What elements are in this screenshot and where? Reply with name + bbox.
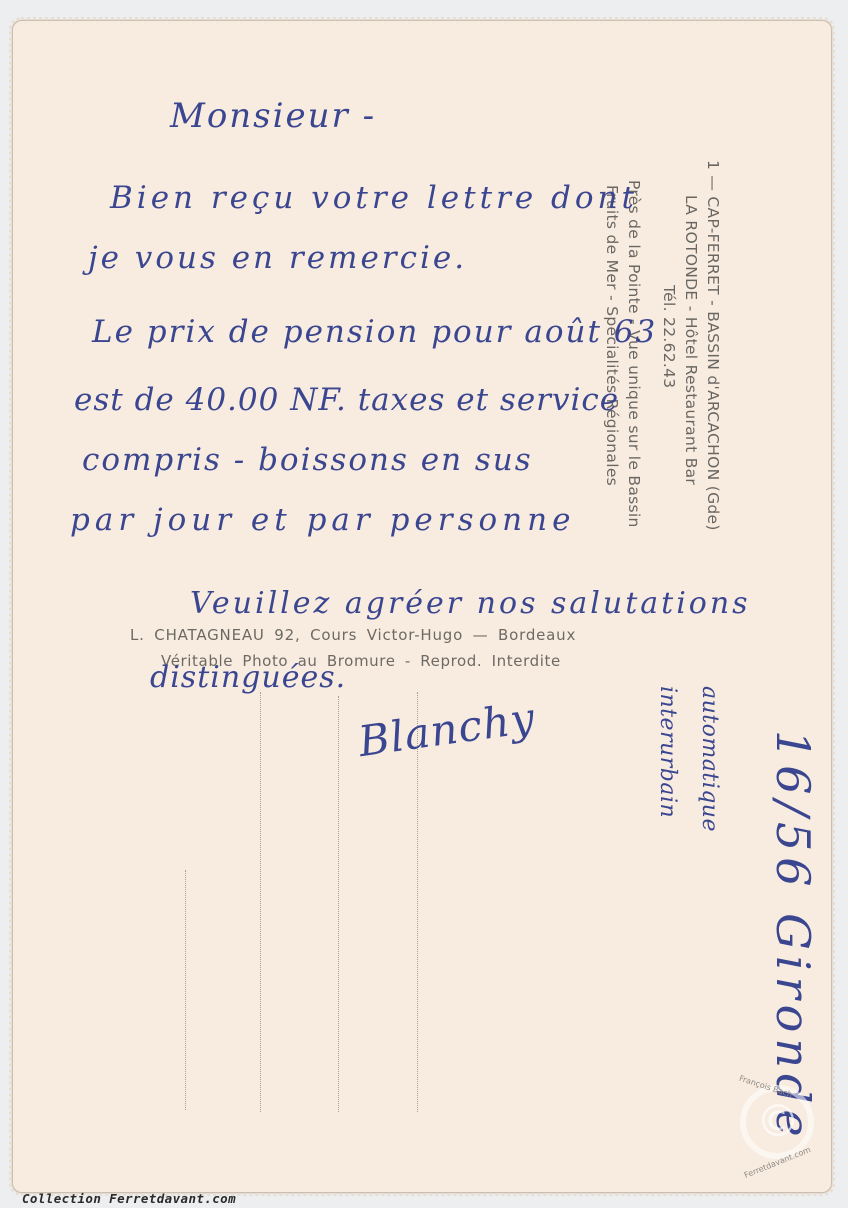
caption-line-3: Tél. 22.62.43 — [660, 285, 678, 388]
address-divider-2 — [260, 692, 261, 1112]
collection-credit: Collection Ferretdavant.com — [22, 1191, 236, 1206]
handwritten-line-1: Bien reçu votre lettre dont — [110, 180, 638, 216]
handwritten-line-8: distinguées. — [150, 660, 346, 695]
handwritten-line-4: est de 40.00 NF. taxes et service — [74, 382, 619, 418]
handwritten-line-2: je vous en remercie. — [88, 240, 467, 276]
copyright-icon: © — [752, 1096, 804, 1148]
handwritten-phone-note: 16/56 Gironde — [766, 730, 820, 1143]
handwritten-side-note-1: automatique — [697, 686, 722, 832]
caption-line-4: Près de la Pointe - Vue unique sur le Ba… — [625, 180, 643, 528]
handwritten-line-7: Veuillez agréer nos salutations — [190, 586, 751, 621]
caption-line-1: 1 — CAP-FERRET - BASSIN d'ARCACHON (Gde) — [704, 160, 722, 531]
address-divider-1 — [185, 870, 186, 1110]
handwritten-line-6: par jour et par personne — [70, 502, 575, 538]
handwritten-salutation: Monsieur - — [170, 96, 376, 136]
handwritten-line-3: Le prix de pension pour août 63 — [92, 314, 657, 350]
handwritten-line-5: compris - boissons en sus — [82, 442, 533, 478]
publisher-line: L. CHATAGNEAU 92, Cours Victor-Hugo — Bo… — [130, 626, 576, 644]
address-divider-3 — [338, 696, 339, 1112]
handwritten-side-note-2: interurbain — [655, 686, 680, 818]
caption-line-2: LA ROTONDE - Hôtel Restaurant Bar — [682, 195, 700, 485]
